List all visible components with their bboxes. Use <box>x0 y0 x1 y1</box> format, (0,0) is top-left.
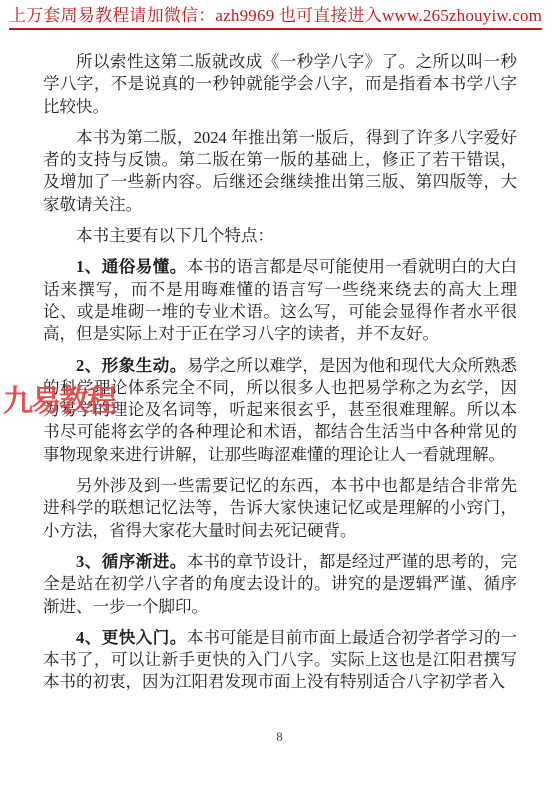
paragraph: 4、更快入门。本书可能是目前市面上最适合初学者学习的一本书了，可以让新手更快的入… <box>43 627 517 694</box>
paragraph-lead: 3、循序渐进。 <box>76 552 187 571</box>
document-page: 上万套周易教程请加微信：azh9969 也可直接进入www.265zhouyiw… <box>0 0 559 794</box>
paragraph: 1、通俗易懂。本书的语言都是尽可能使用一看就明白的大白话来撰写，而不是用晦难懂的… <box>43 256 517 345</box>
paragraph-lead: 2、形象生动。 <box>76 356 187 375</box>
document-body: 所以索性这第二版就改成《一秒学八字》了。之所以叫一秒学八字，不是说真的一秒钟就能… <box>43 51 517 694</box>
paragraph: 另外涉及到一些需要记忆的东西，本书中也都是结合非常先进科学的联想记忆法等，告诉大… <box>43 475 517 542</box>
promo-header-text: 上万套周易教程请加微信：azh9969 也可直接进入www.265zhouyiw… <box>9 5 542 30</box>
paragraph: 本书主要有以下几个特点： <box>43 225 517 247</box>
page-number: 8 <box>0 729 559 745</box>
paragraph: 3、循序渐进。本书的章节设计，都是经过严谨的思考的，完全是站在初学八字者的角度去… <box>43 551 517 618</box>
paragraph: 2、形象生动。易学之所以难学，是因为他和现代大众所熟悉的科学理论体系完全不同，所… <box>43 355 517 466</box>
promo-header: 上万套周易教程请加微信：azh9969 也可直接进入www.265zhouyiw… <box>0 0 559 30</box>
paragraph-lead: 1、通俗易懂。 <box>76 257 187 276</box>
paragraph: 本书为第二版，2024 年推出第一版后，得到了许多八字爱好者的支持与反馈。第二版… <box>43 127 517 216</box>
paragraph: 所以索性这第二版就改成《一秒学八字》了。之所以叫一秒学八字，不是说真的一秒钟就能… <box>43 51 517 118</box>
paragraph-lead: 4、更快入门。 <box>76 628 187 647</box>
